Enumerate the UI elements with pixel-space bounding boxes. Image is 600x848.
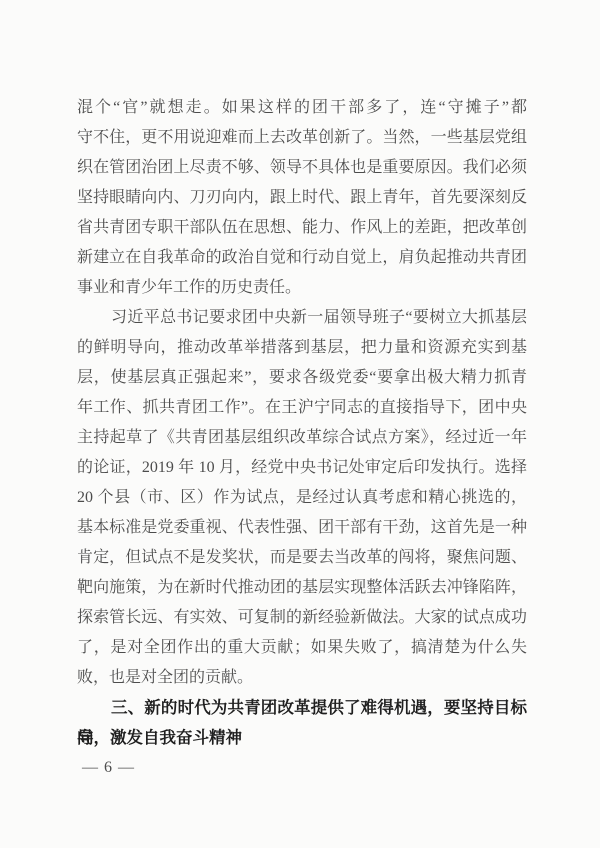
body-text-line: 主持起草了《共青团基层组织改革综合试点方案》，经过近一年 bbox=[77, 423, 527, 453]
body-text-line: 的鲜明导向，推动改革举措落到基层，把力量和资源充实到基 bbox=[77, 333, 527, 363]
document-body: 混个“官”就想走。如果这样的团干部多了，连“守摊子”都守不住，更不用说迎难而上去… bbox=[77, 93, 527, 753]
document-page: 混个“官”就想走。如果这样的团干部多了，连“守摊子”都守不住，更不用说迎难而上去… bbox=[0, 0, 600, 848]
body-text-line: 20 个县（市、区）作为试点，是经过认真考虑和精心挑选的， bbox=[77, 483, 527, 513]
body-text-line: 层，使基层真正强起来”，要求各级党委“要拿出极大精力抓青 bbox=[77, 363, 527, 393]
section-heading-line: 向，激发自我奋斗精神 bbox=[77, 723, 527, 753]
body-text-line: 织在管团治团上尽责不够、领导不具体也是重要原因。我们必须 bbox=[77, 153, 527, 183]
page-footer: — 6 — bbox=[82, 756, 135, 780]
body-text-line: 的论证，2019 年 10 月，经党中央书记处审定后印发执行。选择 bbox=[77, 453, 527, 483]
body-text-line: 习近平总书记要求团中央新一届领导班子“要树立大抓基层 bbox=[77, 303, 527, 333]
body-text-line: 坚持眼睛向内、刀刃向内，跟上时代、跟上青年，首先要深刻反 bbox=[77, 183, 527, 213]
body-text-line: 年工作、抓共青团工作”。在王沪宁同志的直接指导下，团中央 bbox=[77, 393, 527, 423]
body-text-line: 了，是对全团作出的重大贡献；如果失败了，搞清楚为什么失 bbox=[77, 633, 527, 663]
section-heading-line: 三、新的时代为共青团改革提供了难得机遇，要坚持目标导 bbox=[77, 693, 527, 723]
body-text-line: 守不住，更不用说迎难而上去改革创新了。当然，一些基层党组 bbox=[77, 123, 527, 153]
body-text-line: 事业和青少年工作的历史责任。 bbox=[77, 273, 527, 303]
body-text-line: 败，也是对全团的贡献。 bbox=[77, 663, 527, 693]
body-text-line: 混个“官”就想走。如果这样的团干部多了，连“守摊子”都 bbox=[77, 93, 527, 123]
body-text-line: 肯定，但试点不是发奖状，而是要去当改革的闯将，聚焦问题、 bbox=[77, 543, 527, 573]
body-text-line: 探索管长远、有实效、可复制的新经验新做法。大家的试点成功 bbox=[77, 603, 527, 633]
body-text-line: 新建立在自我革命的政治自觉和行动自觉上，肩负起推动共青团 bbox=[77, 243, 527, 273]
body-text-line: 靶向施策，为在新时代推动团的基层实现整体活跃去冲锋陷阵， bbox=[77, 573, 527, 603]
body-text-line: 省共青团专职干部队伍在思想、能力、作风上的差距，把改革创 bbox=[77, 213, 527, 243]
page-number: — 6 — bbox=[82, 759, 135, 776]
body-text-line: 基本标准是党委重视、代表性强、团干部有干劲，这首先是一种 bbox=[77, 513, 527, 543]
